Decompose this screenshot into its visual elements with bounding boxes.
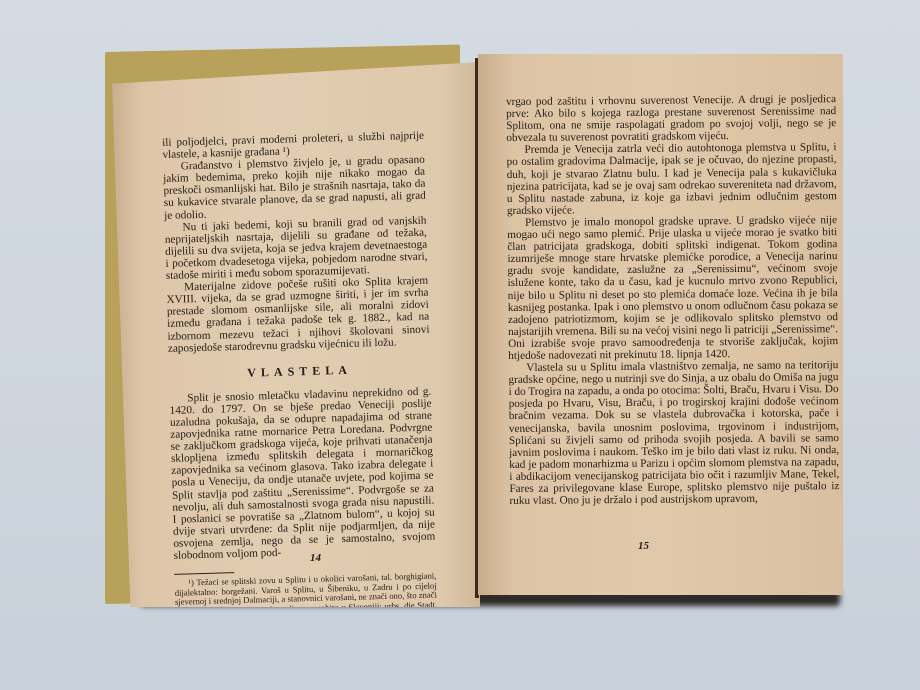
paragraph: Nu ti jaki bedemi, koji su branili grad … — [164, 214, 428, 282]
section-heading: VLASTELA — [168, 361, 430, 380]
page-number-right: 15 — [638, 540, 649, 552]
footnote: ¹) Težaci se splitski zovu u Splitu i u … — [174, 572, 437, 627]
paragraph: Vlastela su u Splitu imala vlastništvo z… — [508, 359, 839, 507]
paragraph: Građanstvo i plemstvo živjelo je, u grad… — [163, 154, 427, 222]
right-page: vrgao pod zaštitu i vrhovnu suverenost V… — [478, 54, 843, 595]
page-number-left: 14 — [310, 552, 321, 564]
right-page-text: vrgao pod zaštitu i vrhovnu suverenost V… — [506, 93, 840, 507]
footnote-rule — [174, 572, 234, 575]
footnote-text: ¹) Težaci se splitski zovu u Splitu i u … — [174, 572, 437, 627]
left-page: ili poljodjelci, pravi moderni proleteri… — [112, 62, 480, 607]
left-page-text: ili poljodjelci, pravi moderni proleteri… — [162, 130, 438, 627]
paragraph: Premda je Venecija zatrla veći dio autoh… — [506, 141, 837, 216]
paragraph: Plemstvo je imalo monopol gradske uprave… — [507, 214, 838, 362]
paragraph: vrgao pod zaštitu i vrhovnu suverenost V… — [506, 93, 836, 144]
paragraph: Materijalne zidove počeše rušiti oko Spl… — [166, 275, 430, 355]
paragraph: Split je snosio mletačku vladavinu nepre… — [169, 385, 436, 562]
